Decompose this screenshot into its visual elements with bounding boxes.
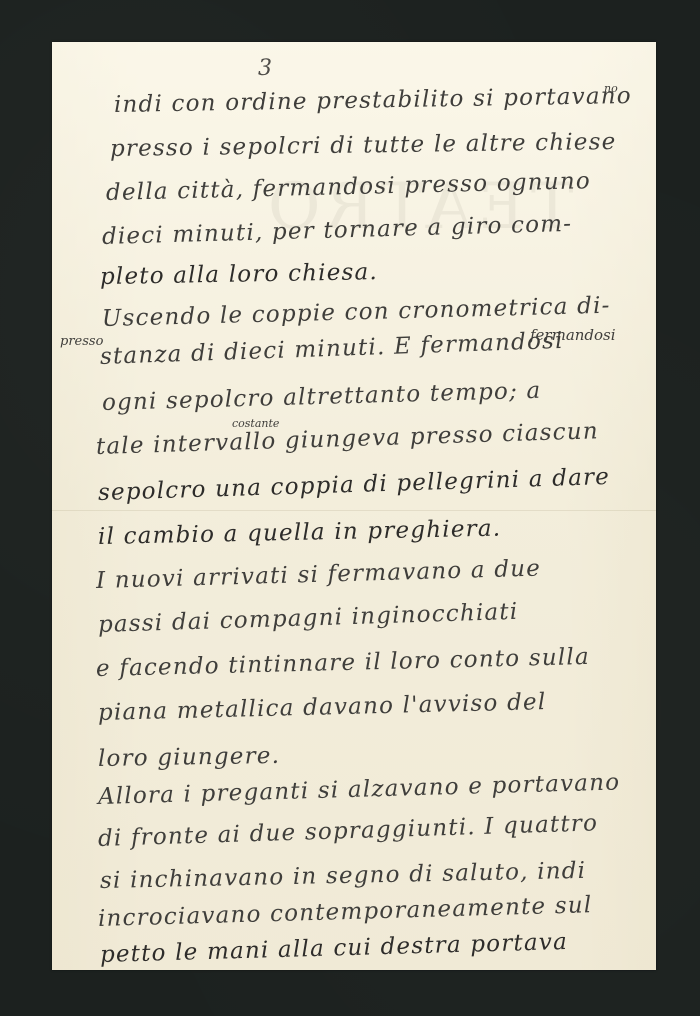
manuscript-line-14: e facendo tintinnare il loro conto sulla bbox=[96, 644, 590, 682]
manuscript-line-15: piana metallica davano l'avviso del bbox=[98, 689, 547, 726]
page-number: 3 bbox=[258, 56, 272, 81]
manuscript-line-2: presso i sepolcri di tutte le altre chie… bbox=[110, 129, 617, 162]
manuscript-line-1: indi con ordine prestabilito si portavan… bbox=[114, 83, 632, 118]
manuscript-line-21: petto le mani alla cui destra portava bbox=[100, 929, 569, 968]
manuscript-line-10: sepolcro una coppia di pellegrini a dare bbox=[98, 464, 611, 506]
manuscript-line-8: ogni sepolcro altrettanto tempo; a bbox=[102, 378, 542, 416]
manuscript-line-12: I nuovi arrivati si fermavano a due bbox=[96, 556, 542, 594]
paper-fold-line bbox=[52, 510, 656, 511]
manuscript-page: TEATRO 3 no indi con ordine prestabilito… bbox=[52, 42, 656, 970]
manuscript-line-11: il cambio a quella in preghiera. bbox=[98, 516, 502, 550]
manuscript-line-18: di fronte ai due sopraggiunti. I quattro bbox=[98, 810, 599, 852]
inserted-correction: fermandosi bbox=[530, 326, 616, 344]
manuscript-line-4: dieci minuti, per tornare a giro com- bbox=[102, 211, 573, 250]
manuscript-line-7: stanza di dieci minuti. E fermandosi bbox=[100, 328, 564, 370]
manuscript-line-9: tale intervallo giungeva presso ciascun bbox=[96, 418, 600, 460]
manuscript-line-13: passi dai compagni inginocchiati bbox=[98, 599, 519, 638]
manuscript-line-17: Allora i preganti si alzavano e portavan… bbox=[98, 769, 621, 810]
manuscript-line-5: pleto alla loro chiesa. bbox=[100, 259, 378, 290]
manuscript-line-20: incrociavano contemporaneamente sul bbox=[98, 892, 593, 932]
margin-annotation: presso bbox=[60, 334, 103, 349]
manuscript-line-19: si inchinavano in segno di saluto, indi bbox=[100, 858, 587, 894]
manuscript-line-16: loro giungere. bbox=[98, 743, 281, 772]
